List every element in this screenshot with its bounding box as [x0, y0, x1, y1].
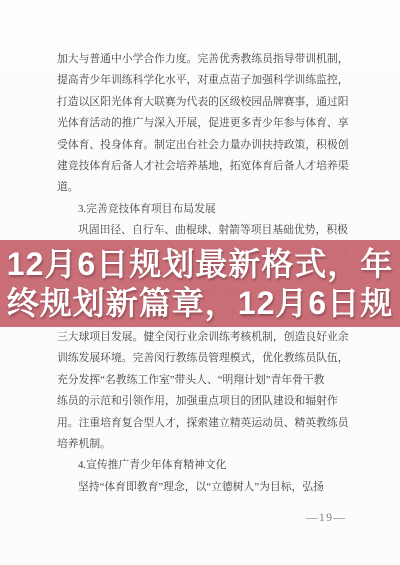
doc-line: 建竞技体育后备人才社会培养基地，拓宽体育后备人才培养渠: [57, 156, 351, 177]
doc-line: 训练发展环境。完善闵行教练员管理模式，优化教练员队伍，: [57, 348, 351, 369]
doc-line: 充分发挥“名教练工作室”带头人、“明翔计划”青年骨干教: [57, 370, 351, 391]
doc-line: 用。注重培育复合型人才，探索建立精英运动员、精英教练员: [57, 413, 351, 434]
doc-line: 培养机制。: [57, 434, 351, 455]
doc-line: 道。: [57, 177, 351, 198]
doc-line: 加大与普通中小学合作力度。完善优秀教练员指导带训机制，: [57, 49, 351, 70]
doc-line: 提高青少年训练科学化水平，对重点苗子加强科学训练监控，: [57, 70, 351, 91]
banner-title-line-2: 终规划新篇章，12月6日规: [7, 284, 393, 323]
title-banner-overlay: 12月6日规划最新格式，年 终规划新篇章，12月6日规: [0, 240, 400, 327]
doc-line: 打造以区阳光体育大联赛为代表的区级校园品牌赛事，通过阳: [57, 92, 351, 113]
page-number: —19—: [306, 512, 347, 524]
doc-line: 三大球项目发展。健全闵行业余训练考核机制，创造良好业余: [57, 327, 351, 348]
photo-document-page: 加大与普通中小学合作力度。完善优秀教练员指导带训机制，提高青少年训练科学化水平，…: [0, 0, 400, 565]
doc-line: 3.完善竞技体育项目布局发展: [57, 199, 351, 220]
doc-line: 练员的示范和引领作用，加强重点项目的团队建设和辐射作: [57, 391, 351, 412]
doc-line: 坚持“体育即教育”理念，以“立德树人”为目标，弘扬: [57, 477, 351, 498]
doc-line: 巩固田径、自行车、曲棍球、射箭等项目基础优势，积极: [57, 220, 351, 241]
banner-title-line-1: 12月6日规划最新格式，年: [7, 245, 393, 284]
doc-line: 受体育、投身体育。制定出台社会力量办训扶持政策，积极创: [57, 135, 351, 156]
doc-line: 4.宣传推广青少年体育精神文化: [57, 455, 351, 476]
doc-line: 光体育活动的推广与深入开展，促进更多青少年参与体育、享: [57, 113, 351, 134]
